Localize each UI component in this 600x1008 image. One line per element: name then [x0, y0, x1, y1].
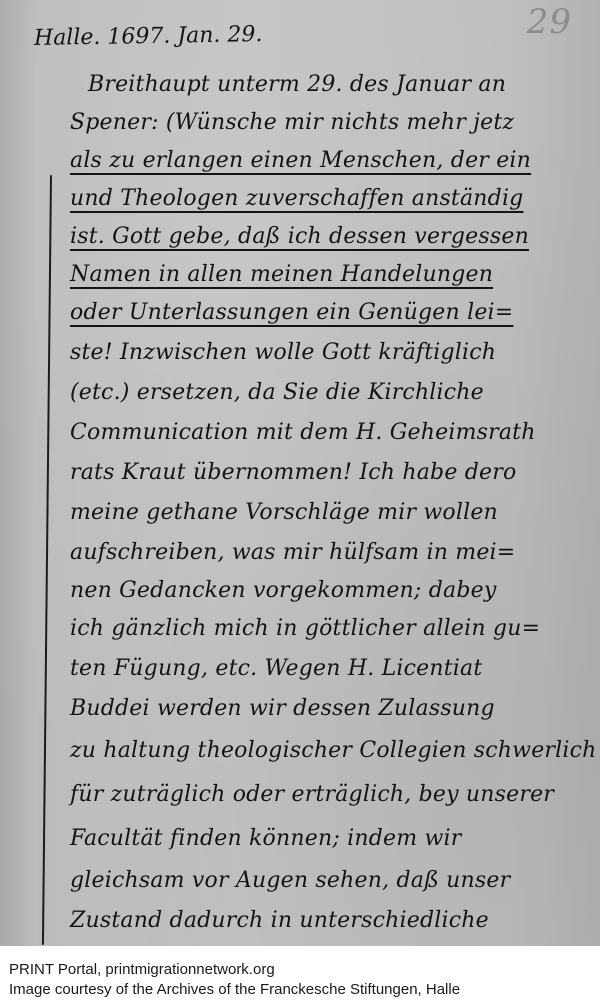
folio-number: 29 — [527, 2, 572, 42]
manuscript-line: Breithaupt unterm 29. des Januar an — [88, 72, 506, 97]
manuscript-line: ist. Gott gebe, daß ich dessen vergessen — [70, 224, 529, 249]
manuscript-line: ten Fügung, etc. Wegen H. Licentiat — [70, 656, 482, 681]
image-credit-caption: PRINT Portal, printmigrationnetwork.org … — [9, 960, 460, 1000]
manuscript-line: zu haltung theologischer Collegien schwe… — [70, 738, 597, 763]
manuscript-line: nen Gedancken vorgekommen; dabey — [70, 578, 496, 603]
manuscript-line: ste! Inzwischen wolle Gott kräftiglich — [70, 340, 496, 365]
manuscript-line: oder Unterlassungen ein Genügen lei= — [70, 300, 513, 325]
manuscript-scan: 29 Halle. 1697. Jan. 29. Breithaupt unte… — [0, 0, 600, 946]
manuscript-line: Spener: (Wünsche mir nichts mehr jetz — [70, 110, 514, 135]
manuscript-line: meine gethane Vorschläge mir wollen — [70, 500, 498, 525]
manuscript-line: für zuträglich oder erträglich, bey unse… — [70, 782, 554, 807]
dateline: Halle. 1697. Jan. 29. — [34, 22, 263, 51]
manuscript-line: ich gänzlich mich in göttlicher allein g… — [70, 616, 540, 641]
manuscript-line: Buddei werden wir dessen Zulassung — [70, 696, 495, 721]
manuscript-line: (etc.) ersetzen, da Sie die Kirchliche — [70, 380, 484, 405]
manuscript-line: und Theologen zuverschaffen anständig — [70, 186, 523, 211]
manuscript-line: Facultät finden können; indem wir — [70, 826, 461, 851]
manuscript-line: gleichsam vor Augen sehen, daß unser — [70, 868, 510, 893]
manuscript-line: rats Kraut übernommen! Ich habe dero — [70, 460, 516, 485]
caption-source: PRINT Portal, printmigrationnetwork.org — [9, 960, 460, 980]
manuscript-line: Namen in allen meinen Handelungen — [70, 262, 493, 287]
margin-rule-line — [42, 175, 52, 945]
manuscript-line: Zustand dadurch in unterschiedliche — [70, 908, 489, 933]
manuscript-line: aufschreiben, was mir hülfsam in mei= — [70, 540, 515, 565]
manuscript-line: als zu erlangen einen Menschen, der ein — [70, 148, 531, 173]
caption-courtesy: Image courtesy of the Archives of the Fr… — [9, 980, 460, 1000]
manuscript-line: Communication mit dem H. Geheimsrath — [70, 420, 536, 445]
